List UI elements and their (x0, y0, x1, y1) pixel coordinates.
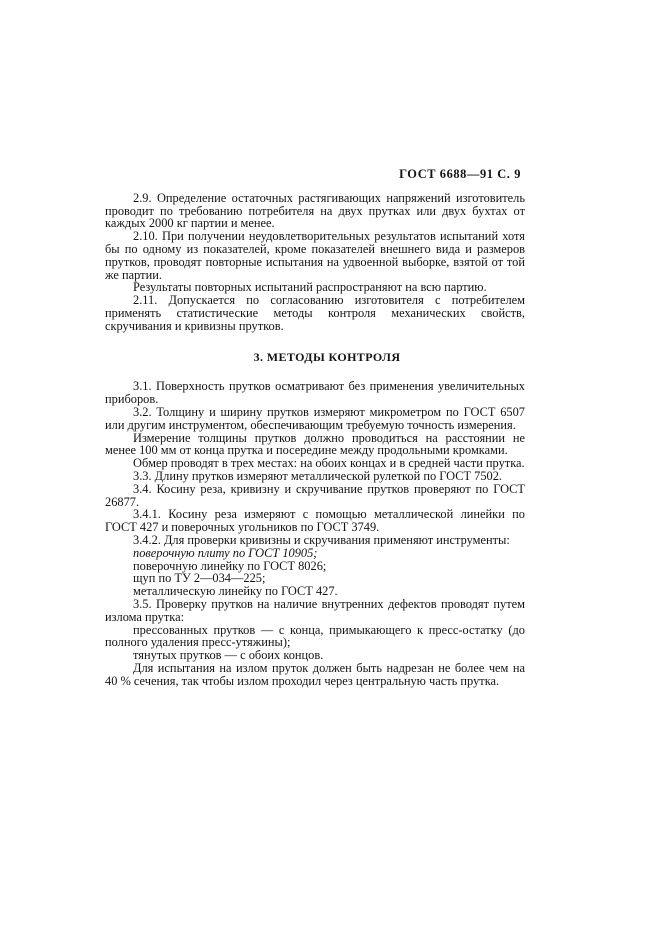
paragraph-3-5-fracture-test: Для испытания на излом пруток должен быт… (105, 662, 525, 688)
list-item-ploverochnaya-plita: поверочную плиту по ГОСТ 10905; (105, 547, 525, 560)
paragraph-3-2-measurement: Измерение толщины прутков должно проводи… (105, 432, 525, 458)
paragraph-3-1: 3.1. Поверхность прутков осматривают без… (105, 380, 525, 406)
document-text-block: ГОСТ 6688—91 С. 9 2.9. Определение остат… (105, 168, 525, 687)
paragraph-3-4-2: 3.4.2. Для проверки кривизны и скручиван… (105, 534, 525, 547)
paragraph-3-5: 3.5. Проверку прутков на наличие внутрен… (105, 598, 525, 624)
paragraph-2-11: 2.11. Допускается по согласованию изгото… (105, 294, 525, 332)
paragraph-3-3: 3.3. Длину прутков измеряют металлическо… (105, 470, 525, 483)
paragraph-3-2: 3.2. Толщину и ширину прутков измеряют м… (105, 406, 525, 432)
page-header-gost-number: ГОСТ 6688—91 С. 9 (105, 168, 521, 181)
paragraph-3-4-1: 3.4.1. Косину реза измеряют с помощью ме… (105, 508, 525, 534)
list-item-metal-lineika: металлическую линейку по ГОСТ 427. (105, 585, 525, 598)
paragraph-3-5-drawn-rods: тянутых прутков — с обоих концов. (105, 649, 525, 662)
document-page: ГОСТ 6688—91 С. 9 2.9. Определение остат… (0, 0, 661, 935)
paragraph-3-4: 3.4. Косину реза, кривизну и скручивание… (105, 483, 525, 509)
paragraph-2-9: 2.9. Определение остаточных растягивающи… (105, 192, 525, 230)
paragraph-2-10: 2.10. При получении неудовлетворительных… (105, 230, 525, 281)
paragraph-3-5-pressed-rods: прессованных прутков — с конца, примыкаю… (105, 624, 525, 650)
section-heading-methods: 3. МЕТОДЫ КОНТРОЛЯ (105, 351, 525, 364)
